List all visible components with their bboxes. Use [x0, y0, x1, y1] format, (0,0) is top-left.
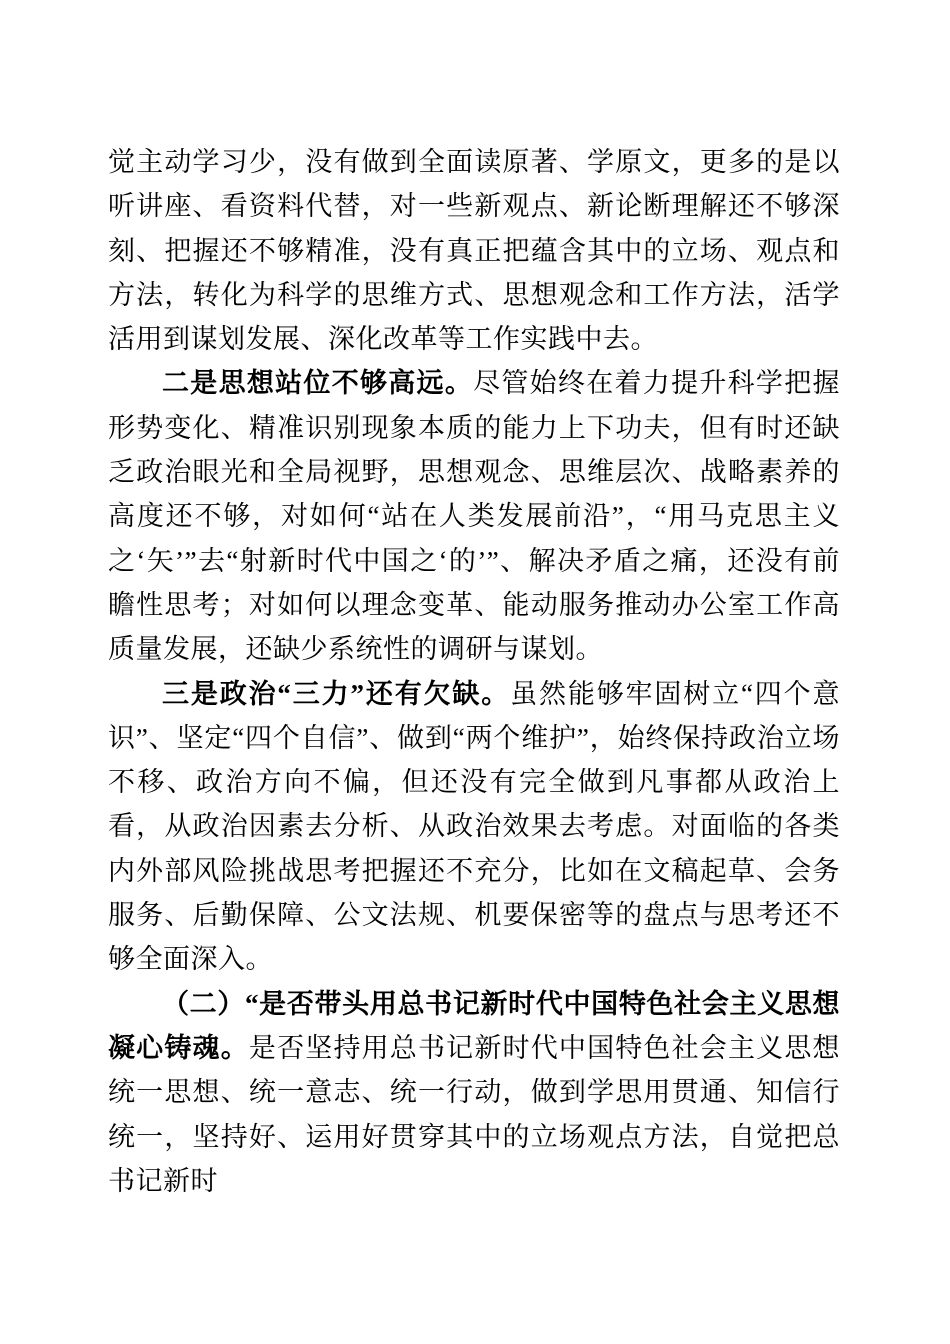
paragraph-text: 觉主动学习少，没有做到全面读原著、学原文，更多的是以听讲座、看资料代替，对一些新…	[108, 147, 840, 354]
document-body: 觉主动学习少，没有做到全面读原著、学原文，更多的是以听讲座、看资料代替，对一些新…	[108, 140, 840, 1203]
paragraph: （二）“是否带头用总书记新时代中国特色社会主义思想凝心铸魂。是否坚持用总书记新时…	[108, 982, 840, 1203]
paragraph-text: 虽然能够牢固树立“四个意识”、坚定“四个自信”、做到“两个维护”，始终保持政治立…	[108, 679, 840, 975]
paragraph: 觉主动学习少，没有做到全面读原著、学原文，更多的是以听讲座、看资料代替，对一些新…	[108, 140, 840, 361]
paragraph: 二是思想站位不够高远。尽管始终在着力提升科学把握形势变化、精准识别现象本质的能力…	[108, 361, 840, 671]
document-page: 觉主动学习少，没有做到全面读原著、学原文，更多的是以听讲座、看资料代替，对一些新…	[0, 0, 950, 1344]
paragraph-lead: 三是政治“三力”还有欠缺。	[162, 679, 510, 709]
paragraph-lead: 二是思想站位不够高远。	[162, 368, 473, 398]
paragraph-text: 尽管始终在着力提升科学把握形势变化、精准识别现象本质的能力上下功夫，但有时还缺乏…	[108, 368, 840, 664]
paragraph: 三是政治“三力”还有欠缺。虽然能够牢固树立“四个意识”、坚定“四个自信”、做到“…	[108, 672, 840, 982]
